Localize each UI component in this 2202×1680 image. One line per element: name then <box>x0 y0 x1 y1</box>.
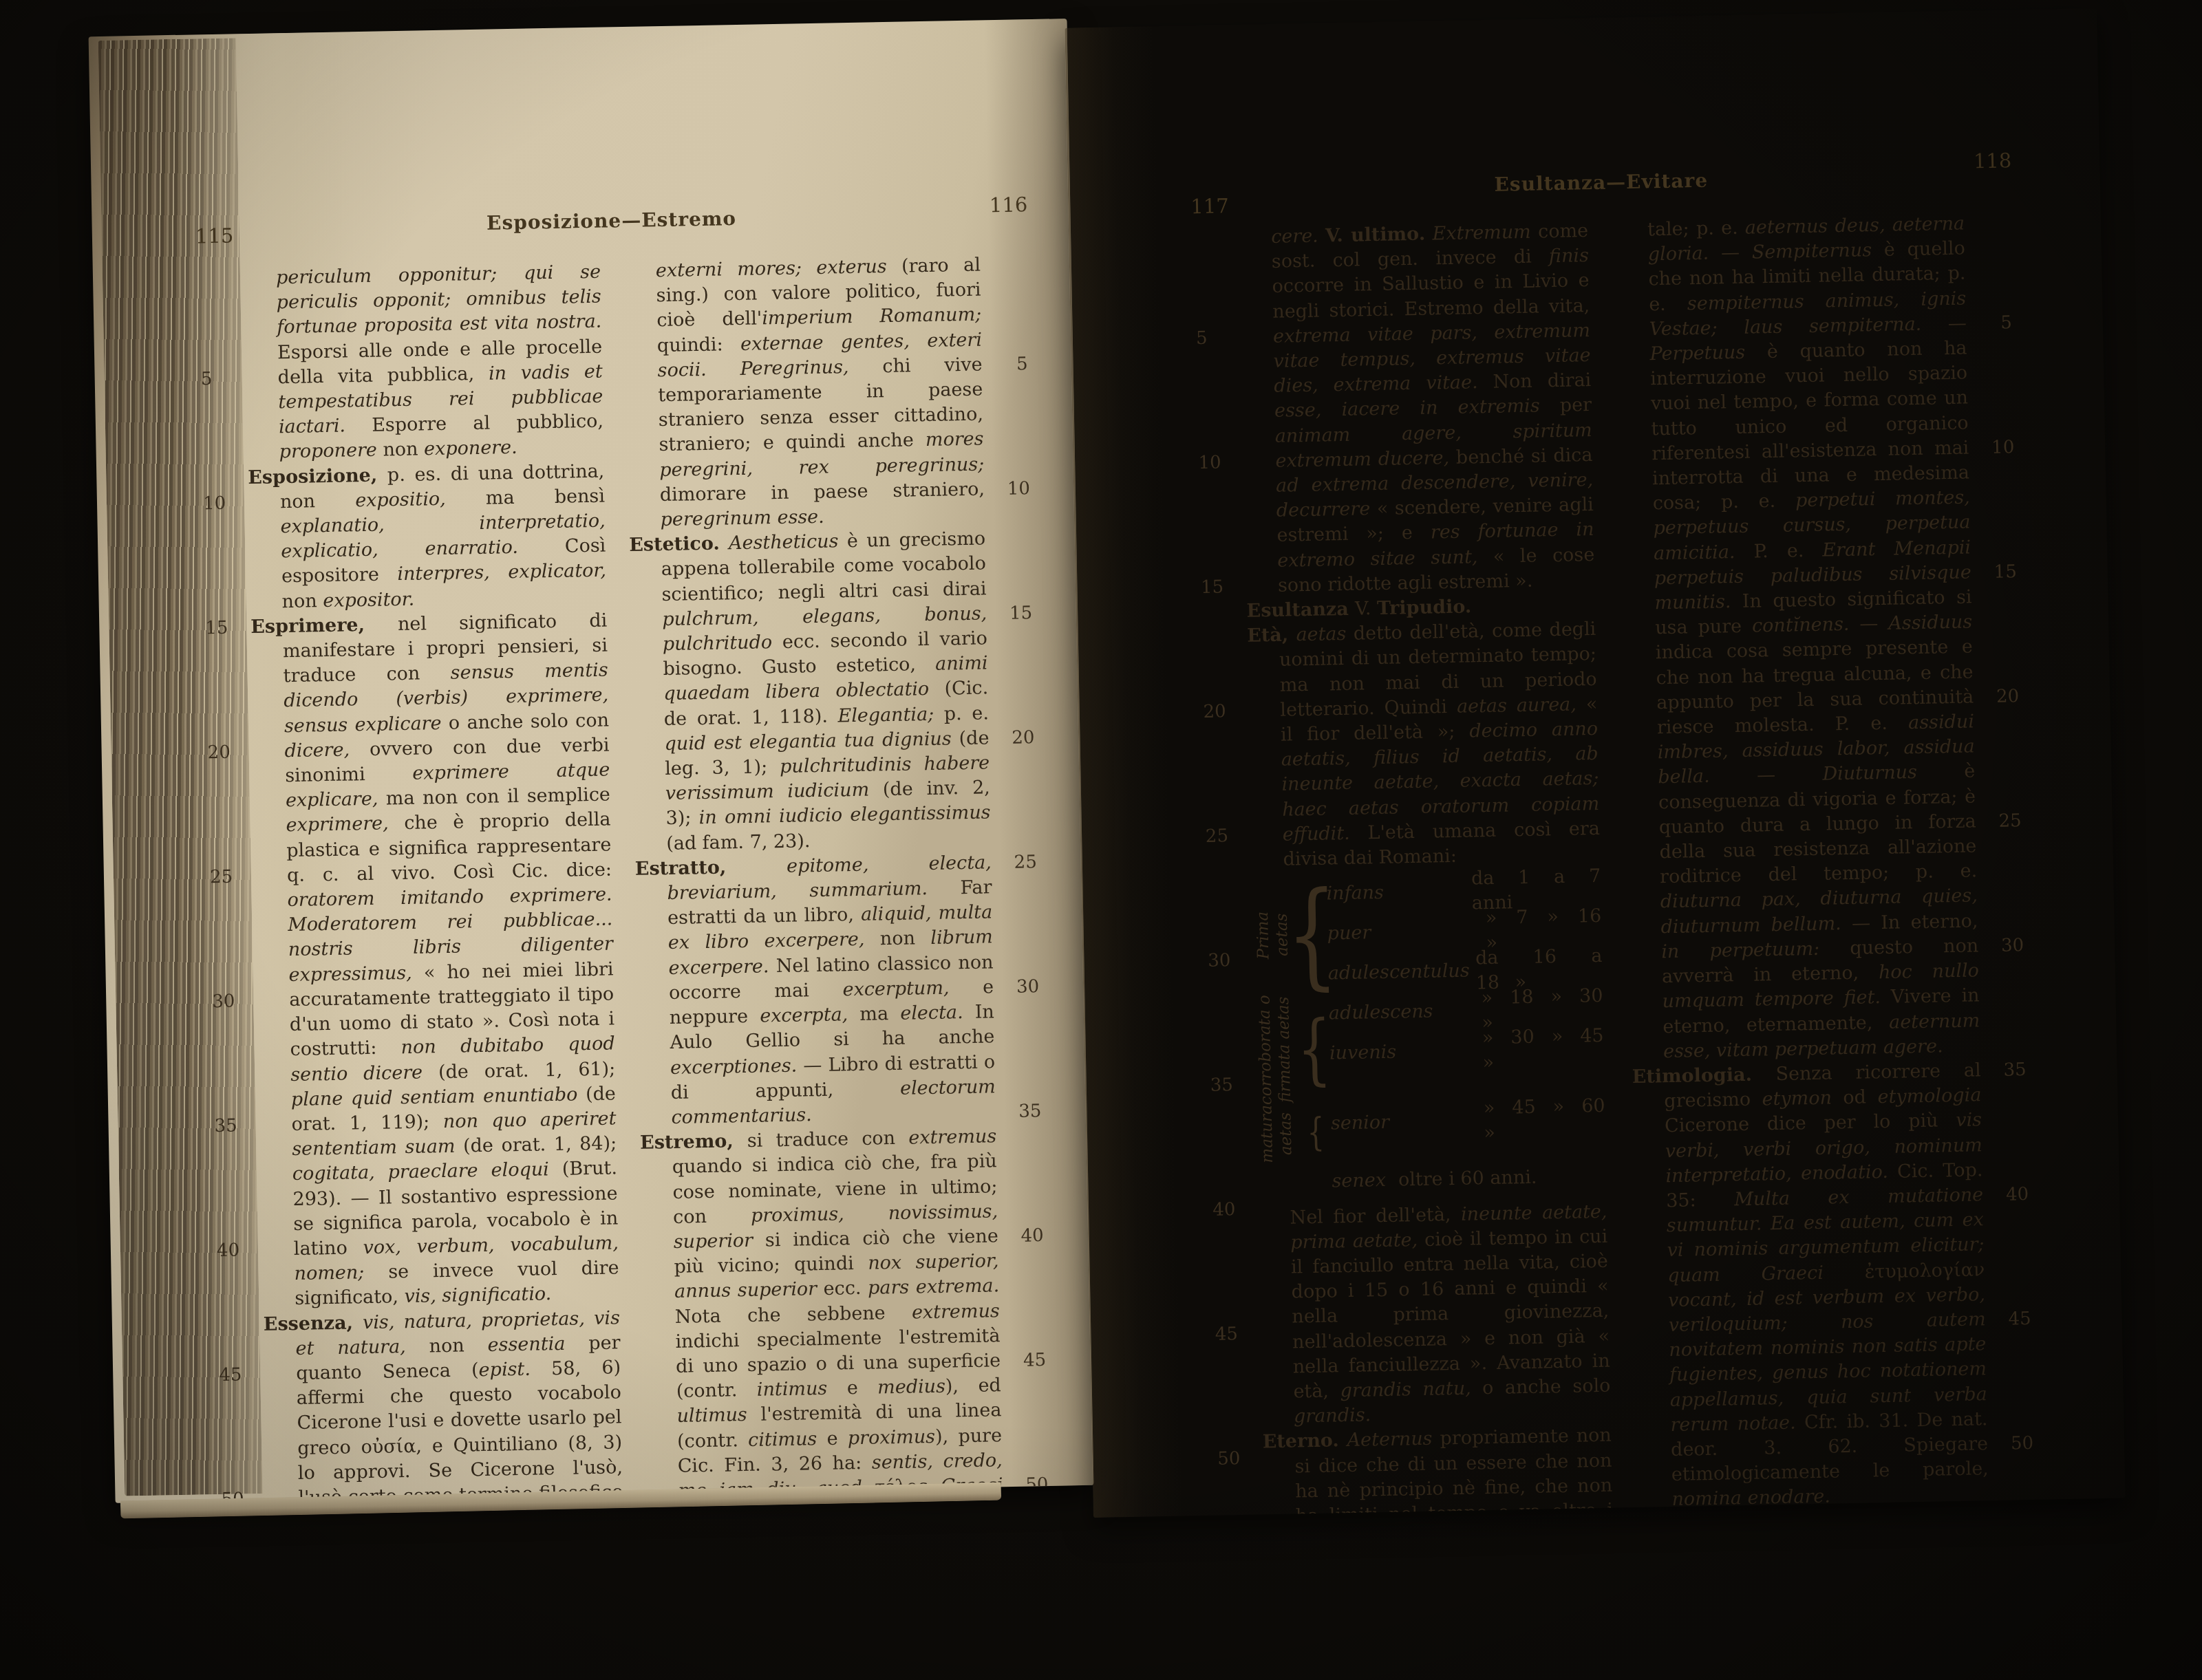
dictionary-entry: Esposizione, p. es. di una dottrina, non… <box>248 459 607 615</box>
margin-line-number: 30 <box>1208 948 1231 973</box>
page-number-116: 116 <box>990 193 1028 217</box>
running-title-left: Esposizione—Estremo <box>487 207 737 235</box>
latin-italic-text: dicere, <box>284 739 350 762</box>
body-text: Non dirai <box>1477 369 1591 393</box>
age-range: oltre i 60 anni. <box>1398 1165 1537 1193</box>
entry-headword: Esultanza <box>1246 599 1355 622</box>
text-column-117: 5101520253035404550cere. V. ultimo. Extr… <box>1191 219 1614 1518</box>
body-text: — <box>1709 242 1752 264</box>
body-text: (de orat. 1, 84); <box>455 1133 617 1157</box>
margin-line-number: 20 <box>207 740 231 765</box>
body-text: P. e. <box>1735 539 1823 562</box>
latin-italic-text: Sempiternus <box>1751 239 1872 263</box>
latin-italic-text: Extremum <box>1432 222 1531 245</box>
age-term: puer <box>1327 918 1486 947</box>
latin-italic-text: expositio, <box>355 488 446 511</box>
age-group-label-line: Prima <box>1253 875 1274 995</box>
margin-line-number: 30 <box>212 989 235 1014</box>
latin-italic-text: excerptiones. <box>670 1055 798 1078</box>
right-page-columns: 5101520253035404550cere. V. ultimo. Extr… <box>1191 211 2039 1518</box>
latin-italic-text: expositor. <box>323 588 414 611</box>
latin-italic-text: nomina enodare. <box>1671 1486 1830 1510</box>
age-group-label-line: firmata aetas <box>1274 995 1296 1105</box>
page-number-118: 118 <box>1974 149 2012 173</box>
body-text: o anche solo con <box>441 709 609 733</box>
latin-italic-text: pars extrema. <box>868 1275 1000 1299</box>
latin-italic-text: essentia <box>487 1333 565 1356</box>
entry-headword: Essenza, <box>264 1312 363 1335</box>
margin-line-number: 20 <box>1203 699 1226 724</box>
age-term: iuvenis <box>1329 1038 1483 1066</box>
latin-italic-text: cere. <box>1271 226 1318 248</box>
margin-line-number: 5 <box>1016 352 1028 377</box>
latin-italic-text: excerpta, <box>760 1004 848 1026</box>
body-text: ecc. <box>817 1278 868 1300</box>
entry-headword: Età, <box>1247 625 1296 647</box>
age-range: » 30 » 45 » <box>1482 1024 1604 1076</box>
left-page: 115 Esposizione—Estremo 116 510152025303… <box>89 19 1094 1503</box>
latin-italic-text: citimus <box>748 1428 817 1451</box>
entry-headword: Esposizione, <box>248 464 387 488</box>
roman-age-table: Primaaetas{infansda 1 a 7 annipuer» 7 » … <box>1253 869 1607 1203</box>
left-page-columns: 5101520253035404550periculum opponitur; … <box>196 252 1054 1503</box>
continuation-paragraph: externi mores; exterus (raro al sing.) c… <box>624 253 985 534</box>
margin-line-number: 25 <box>1014 850 1037 875</box>
margin-line-number: 50 <box>2011 1431 2034 1456</box>
margin-line-number: 15 <box>205 615 228 640</box>
latin-italic-text: in omni iudicio elegantissimus <box>698 802 990 829</box>
latin-italic-text: finis <box>1549 245 1589 267</box>
margin-line-number: 45 <box>1215 1322 1238 1347</box>
dictionary-entry: Eterno. Aeternus propriamente non si dic… <box>1263 1423 1614 1518</box>
brace-icon: { <box>1303 994 1326 1105</box>
margin-line-number: 35 <box>214 1113 237 1139</box>
latin-italic-text: Aestheticus <box>729 531 839 554</box>
latin-italic-text: proximus <box>848 1426 936 1449</box>
book-photo: 115 Esposizione—Estremo 116 510152025303… <box>0 0 2202 1680</box>
body-text: V. <box>1355 598 1378 620</box>
body-text: — <box>1709 764 1822 787</box>
body-text: e <box>827 1377 877 1399</box>
age-table-row: iuvenis» 30 » 45 » <box>1329 1029 1604 1074</box>
margin-line-number: 15 <box>1993 559 2017 585</box>
right-page-content: 117 Esultanza—Evitare 118 51015202530354… <box>1065 8 2125 1518</box>
margin-line-number: 20 <box>1012 725 1035 751</box>
margin-line-number: 10 <box>1007 476 1030 502</box>
body-text: ma non con il semplice <box>378 784 610 810</box>
latin-italic-text: Elegantia; <box>837 704 934 727</box>
body-text: tale; p. e. <box>1647 217 1745 241</box>
body-text: si traduce con <box>747 1128 909 1152</box>
running-head-left: 115 Esposizione—Estremo 116 <box>195 197 1027 235</box>
brace-icon: { <box>1301 874 1324 995</box>
age-group: maturaaetas{senior» 45 » 60 » <box>1257 1099 1606 1163</box>
latin-italic-text: Aeternus <box>1347 1428 1432 1451</box>
age-term: infans <box>1326 879 1472 907</box>
age-group-label-line: matura <box>1257 1105 1277 1163</box>
latin-italic-text: plane quid sentiam enuntiabo <box>291 1084 578 1110</box>
continuation-paragraph: tale; p. e. aeternus deus, aeterna glori… <box>1616 212 1981 1065</box>
latin-italic-text: etymologia <box>1877 1084 1981 1108</box>
latin-italic-text: etymon <box>1762 1088 1832 1110</box>
latin-italic-text: exponere. <box>424 437 517 460</box>
age-term: adulescens <box>1329 998 1482 1026</box>
latin-italic-text: excerptum, <box>842 977 949 1000</box>
entry-headword: Evitare <box>1640 1513 1723 1518</box>
body-text: sost. non <box>1723 1511 1817 1518</box>
margin-line-number: 40 <box>1020 1223 1044 1249</box>
latin-italic-text: in perpetuum: <box>1661 938 1820 962</box>
latin-italic-text: grandis. <box>1294 1405 1371 1428</box>
latin-italic-text: sempiternus animus, ignis Vestae; laus s… <box>1649 288 1967 340</box>
latin-italic-text: cogitata, praeclare eloqui <box>292 1159 549 1185</box>
age-range: » 45 » 60 » <box>1483 1094 1605 1146</box>
age-table-row: senior» 45 » 60 » <box>1330 1099 1605 1144</box>
entry-headword: Estratto, <box>635 856 787 880</box>
latin-italic-text: Assiduus <box>1888 612 1972 634</box>
text-column-116: 5101520253035404550externi mores; exteru… <box>624 252 1054 1503</box>
age-term: adulescentulus <box>1327 959 1475 987</box>
body-text: ἐτυμολογίαν <box>1824 1259 1985 1283</box>
latin-italic-text: electa. <box>900 1002 963 1024</box>
latin-italic-text: proponere <box>279 440 377 463</box>
continuation-paragraph: Nel fior dell'età, ineunte aetate, prima… <box>1258 1199 1611 1430</box>
entry-headword: Eterno. <box>1263 1430 1347 1452</box>
margin-line-number: 45 <box>1023 1348 1047 1373</box>
body-text: p. e. <box>934 702 989 724</box>
margin-line-number: 35 <box>1210 1073 1234 1098</box>
latin-italic-text: aetas <box>1296 623 1346 645</box>
margin-line-number: 25 <box>210 864 233 890</box>
body-text: Nel fior dell'età, <box>1290 1203 1461 1228</box>
margin-line-number: 10 <box>1991 435 2015 460</box>
body-text: Nota che sebbene <box>675 1302 912 1327</box>
running-head-right: 117 Esultanza—Evitare 118 <box>1190 155 2011 195</box>
latin-italic-text: exprimere, <box>286 813 389 837</box>
dictionary-entry: Età, aetas detto dell'età, come degli uo… <box>1247 617 1601 873</box>
margin-line-number: 40 <box>217 1238 240 1263</box>
body-text: non <box>864 927 930 950</box>
body-text: ), ed <box>945 1375 1001 1397</box>
body-text: ma bensì <box>445 485 605 509</box>
latin-italic-text: contĭnens. <box>1752 614 1850 637</box>
margin-line-number: 40 <box>1212 1197 1236 1223</box>
latin-italic-text: evitatio <box>1817 1510 1888 1518</box>
latin-italic-text: quid est elegantia tua dignius <box>664 728 952 755</box>
margin-line-number: 5 <box>1196 326 1208 352</box>
dictionary-entry: Estremo, si traduce con extremus quando … <box>640 1124 1005 1503</box>
age-term: senior <box>1331 1108 1484 1136</box>
dictionary-entry: Esprimere, nel significato di manifestar… <box>250 608 619 1312</box>
age-group-label-line: corroborata o <box>1255 995 1276 1105</box>
entry-headword: Estetico. <box>629 533 729 557</box>
margin-line-number: 25 <box>1206 823 1229 849</box>
body-text: (ad fam. 7, 23). <box>666 830 811 854</box>
margin-line-number: 10 <box>203 491 226 516</box>
body-text: benché si dica <box>1449 444 1593 469</box>
latin-italic-text: esse, iacere in extremis <box>1274 396 1540 422</box>
latin-italic-text: aetas aurea, <box>1457 693 1576 717</box>
dictionary-entry: Etimologia. Senza ricorrere al grecismo … <box>1632 1058 1989 1513</box>
age-group-label: corroborata ofirmata aetas <box>1255 995 1300 1106</box>
body-text: e <box>817 1428 848 1450</box>
latin-italic-text: Diuturnus <box>1822 762 1917 785</box>
margin-line-number: 15 <box>1009 601 1033 626</box>
text-column-115: 5101520253035404550periculum opponitur; … <box>196 260 626 1503</box>
body-text: quindi: <box>657 334 741 356</box>
latin-italic-text: intimus <box>757 1378 828 1401</box>
age-table-row: senexoltre i 60 anni. <box>1259 1156 1607 1203</box>
latin-italic-text: imperium Romanum; <box>762 304 981 330</box>
margin-line-number: 30 <box>1016 974 1040 1000</box>
body-text: — <box>1921 312 1967 334</box>
body-text: o anche solo <box>1471 1375 1610 1399</box>
margin-line-number: 5 <box>200 367 212 392</box>
continuation-paragraph: periculum opponitur; qui se periculis op… <box>244 260 604 466</box>
body-text: dimorare in paese straniero, <box>660 478 985 506</box>
body-text: Esporre al pubblico, <box>345 411 604 437</box>
margin-line-number: 50 <box>1217 1446 1241 1472</box>
latin-italic-text: medius <box>877 1376 945 1399</box>
continuation-paragraph: cere. V. ultimo. Extremum come sost. col… <box>1239 219 1595 599</box>
age-group-label: maturaaetas <box>1257 1105 1301 1163</box>
body-text: Tripudio. <box>1377 596 1472 619</box>
latin-italic-text: periculum opponitur; qui se periculis op… <box>276 261 602 338</box>
age-term: senex <box>1332 1168 1386 1194</box>
latin-italic-text: extremus <box>908 1126 996 1148</box>
entry-headword: Esprimere, <box>250 614 398 638</box>
dictionary-entry: Estetico. Aestheticus è un grecismo appe… <box>629 527 992 857</box>
margin-line-number: 5 <box>2000 310 2012 336</box>
age-group: Primaaetas{infansda 1 a 7 annipuer» 7 » … <box>1253 869 1603 995</box>
age-group-label-line: aetas <box>1276 1105 1296 1163</box>
age-group: corroborata ofirmata aetas{adulescens» 1… <box>1255 989 1605 1106</box>
entry-headword: Etimologia. <box>1632 1064 1775 1088</box>
body-text: od <box>1832 1086 1878 1108</box>
margin-line-number: 30 <box>2001 933 2024 958</box>
margin-line-number: 40 <box>2006 1182 2029 1207</box>
age-rows: adulescens» 18 » 30 »iuvenis» 30 » 45 » <box>1328 989 1605 1104</box>
body-text: ma <box>848 1003 901 1025</box>
latin-italic-text: vis, significatio. <box>404 1284 551 1308</box>
margin-line-number: 10 <box>1198 450 1221 475</box>
body-text: non <box>405 1335 488 1357</box>
body-text: — <box>1849 613 1889 635</box>
dictionary-entry: Estratto, epitome, electa, breviarium, s… <box>635 850 996 1131</box>
dictionary-entry: Essenza, vis, natura, proprietas, vis et… <box>264 1306 625 1503</box>
page-number-117: 117 <box>1190 194 1229 218</box>
margin-line-number: 25 <box>1998 808 2022 834</box>
body-text: non <box>281 590 323 612</box>
left-page-content: 115 Esposizione—Estremo 116 510152025303… <box>89 19 1094 1503</box>
entry-headword: Estremo, <box>640 1130 747 1154</box>
margin-line-number: 35 <box>1018 1099 1042 1124</box>
latin-italic-text: grandis natu, <box>1340 1378 1471 1402</box>
text-column-118: 5101520253035404550tale; p. e. aeternus … <box>1616 211 2039 1518</box>
dictionary-entry: Evitare sost. non evitatio che non è del… <box>1640 1507 1991 1518</box>
page-number-115: 115 <box>195 224 234 248</box>
margin-line-number: 35 <box>2003 1057 2027 1083</box>
margin-line-number: 15 <box>1201 574 1224 600</box>
latin-italic-text: extremus <box>912 1300 1000 1323</box>
body-text: Cicerone dice per lo più <box>1665 1110 1956 1137</box>
body-text: per <box>1539 394 1592 416</box>
right-page: 117 Esultanza—Evitare 118 51015202530354… <box>1065 8 2125 1518</box>
body-text <box>1318 225 1326 246</box>
body-text: che non è dell'uso classico, ma <box>1673 1508 1990 1518</box>
latin-italic-text: ultimus <box>676 1404 747 1427</box>
age-rows: infansda 1 a 7 annipuer» 7 » 16 »adulesc… <box>1326 869 1603 994</box>
margin-line-number: 20 <box>1996 684 2020 709</box>
running-title-right: Esultanza—Evitare <box>1494 169 1708 196</box>
margin-line-number: 45 <box>2008 1306 2031 1332</box>
latin-italic-text: peregrinum esse. <box>660 506 824 530</box>
body-text: V. ultimo. <box>1325 224 1426 247</box>
brace-icon: { <box>1305 1104 1327 1163</box>
body-text: non <box>377 439 425 461</box>
margin-line-number: 50 <box>1025 1472 1049 1498</box>
body-text: (de orat. 1, 61); <box>423 1058 616 1083</box>
margin-line-number: 45 <box>219 1362 242 1388</box>
latin-italic-text: externi mores; exterus <box>656 256 887 281</box>
latin-italic-text: epist. <box>478 1359 531 1381</box>
latin-italic-text: Perpetuus <box>1649 342 1745 365</box>
latin-italic-text: interpres, explicator, <box>397 560 606 585</box>
body-text: — In eterno, <box>1841 910 1978 934</box>
body-text: occorre in Sallustio e in Livio e negli … <box>1272 270 1590 322</box>
age-rows: senior» 45 » 60 » <box>1330 1099 1606 1162</box>
